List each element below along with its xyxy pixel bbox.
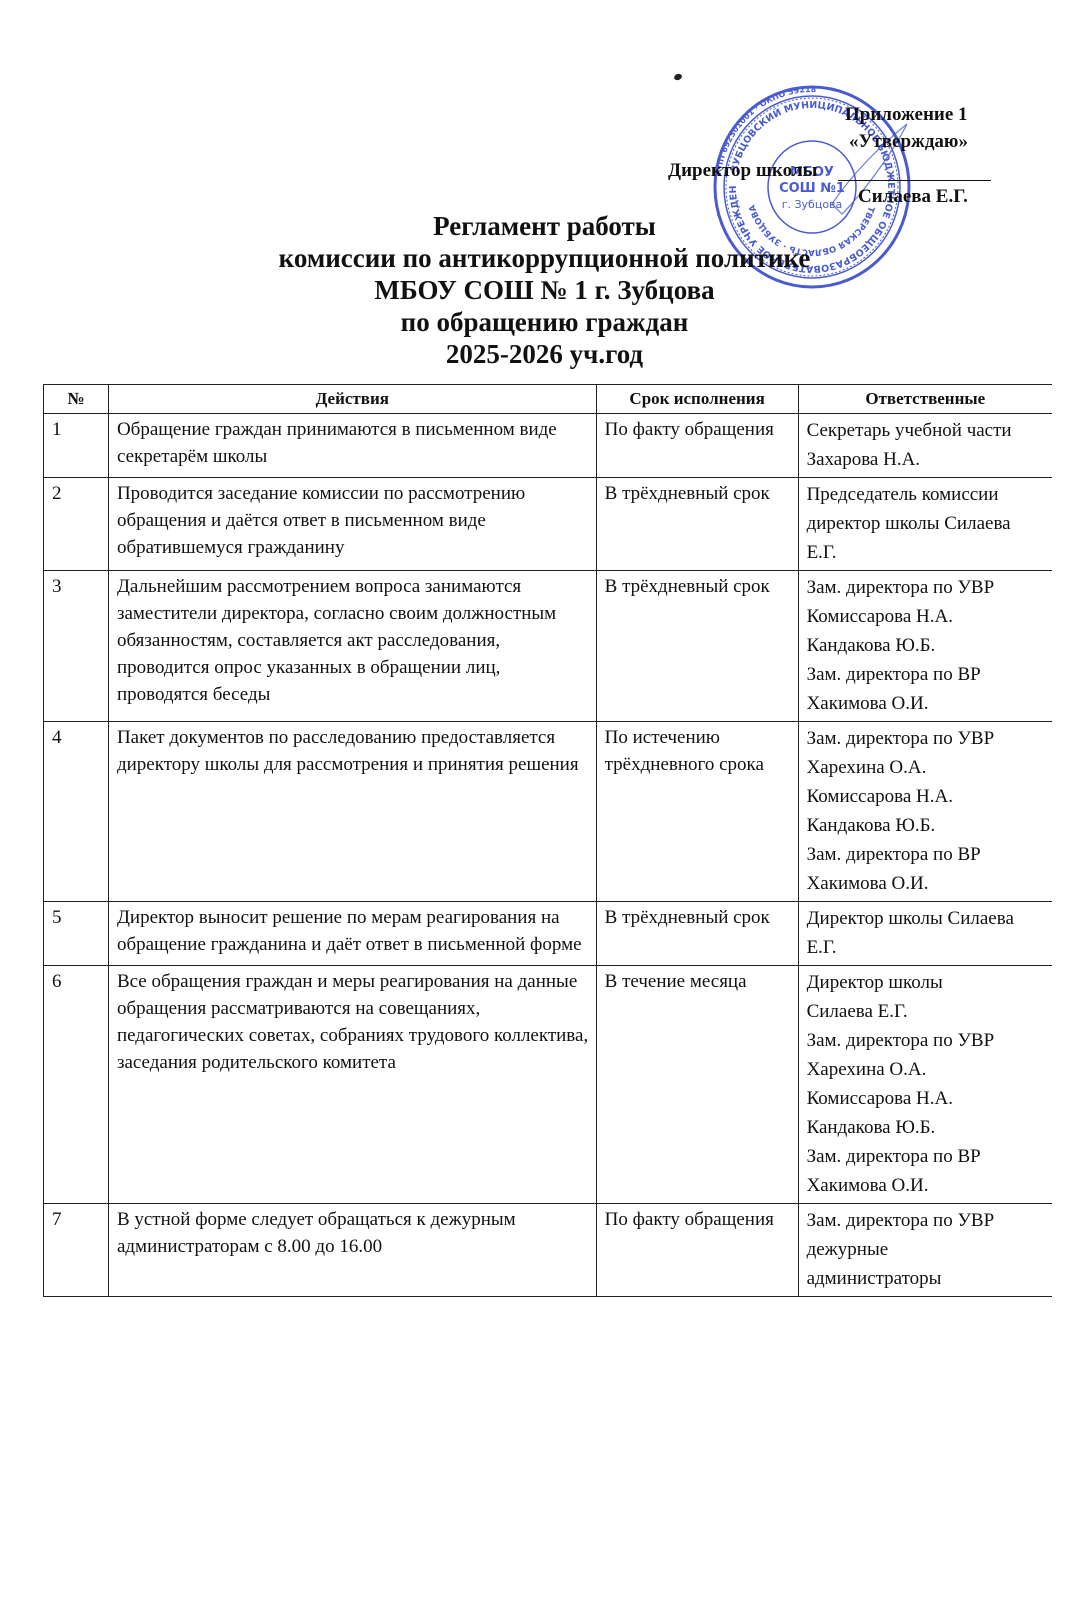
director-name: Силаева Е.Г.	[858, 186, 968, 208]
title-line: комиссии по антикоррупционной политике	[0, 242, 1089, 274]
row-number: 6	[44, 966, 109, 1204]
annex-label: Приложение 1	[845, 104, 968, 126]
table-header-row: № Действия Срок исполнения Ответственные	[44, 385, 1053, 414]
row-action: Обращение граждан принимаются в письменн…	[108, 414, 596, 478]
row-action: Все обращения граждан и меры реагировани…	[108, 966, 596, 1204]
header-deadline: Срок исполнения	[596, 385, 798, 414]
responsible-person: Харехина О.А.	[807, 1055, 1045, 1084]
responsible-person: Комиссарова Н.А.	[807, 782, 1045, 811]
responsible-person: Комиссарова Н.А.	[807, 602, 1045, 631]
row-number: 4	[44, 722, 109, 902]
responsible-person: Кандакова Ю.Б.	[807, 1113, 1045, 1142]
responsible-person: Хакимова О.И.	[807, 1171, 1045, 1200]
responsible-person: Зам. директора по УВР	[807, 1026, 1045, 1055]
table-row: 7В устной форме следует обращаться к деж…	[44, 1204, 1053, 1297]
title-line: по обращению граждан	[0, 306, 1089, 338]
header-responsible: Ответственные	[798, 385, 1052, 414]
table-row: 2Проводится заседание комиссии по рассмо…	[44, 478, 1053, 571]
row-number: 3	[44, 571, 109, 722]
row-number: 1	[44, 414, 109, 478]
row-responsible: Зам. директора по УВРКомиссарова Н.А.Кан…	[798, 571, 1052, 722]
responsible-person: Кандакова Ю.Б.	[807, 811, 1045, 840]
director-label: Директор школы	[668, 160, 817, 182]
row-action: В устной форме следует обращаться к дежу…	[108, 1204, 596, 1297]
row-deadline: В течение месяца	[596, 966, 798, 1204]
header-actions: Действия	[108, 385, 596, 414]
row-responsible: Секретарь учебной части Захарова Н.А.	[798, 414, 1052, 478]
row-action: Проводится заседание комиссии по рассмот…	[108, 478, 596, 571]
responsible-person: Силаева Е.Г.	[807, 997, 1045, 1026]
row-responsible: Председатель комиссии директор школы Сил…	[798, 478, 1052, 571]
responsible-person: Зам. директора по УВР	[807, 573, 1045, 602]
responsible-person: Хакимова О.И.	[807, 869, 1045, 898]
responsible-person: Хакимова О.И.	[807, 689, 1045, 718]
responsible-person: Директор школы Силаева Е.Г.	[807, 904, 1045, 962]
row-number: 7	[44, 1204, 109, 1297]
row-responsible: Директор школыСилаева Е.Г.Зам. директора…	[798, 966, 1052, 1204]
table-row: 3Дальнейшим рассмотрением вопроса занима…	[44, 571, 1053, 722]
header-number: №	[44, 385, 109, 414]
responsible-person: Зам. директора по УВР	[807, 724, 1045, 753]
responsible-person: Комиссарова Н.А.	[807, 1084, 1045, 1113]
responsible-person: Зам. директора по ВР	[807, 1142, 1045, 1171]
row-responsible: Зам. директора по УВРдежурныеадминистрат…	[798, 1204, 1052, 1297]
row-deadline: По истечению трёхдневного срока	[596, 722, 798, 902]
row-action: Директор выносит решение по мерам реагир…	[108, 902, 596, 966]
row-deadline: В трёхдневный срок	[596, 478, 798, 571]
responsible-person: Зам. директора по ВР	[807, 840, 1045, 869]
table-row: 4Пакет документов по расследованию предо…	[44, 722, 1053, 902]
row-deadline: В трёхдневный срок	[596, 902, 798, 966]
responsible-person: Директор школы	[807, 968, 1045, 997]
row-number: 2	[44, 478, 109, 571]
row-deadline: В трёхдневный срок	[596, 571, 798, 722]
responsible-person: дежурные	[807, 1235, 1045, 1264]
title-line: Регламент работы	[0, 210, 1089, 242]
row-number: 5	[44, 902, 109, 966]
row-responsible: Директор школы Силаева Е.Г.	[798, 902, 1052, 966]
ink-speck	[673, 73, 683, 81]
row-responsible: Зам. директора по УВРХарехина О.А.Комисс…	[798, 722, 1052, 902]
svg-text:СОШ №1: СОШ №1	[779, 181, 845, 196]
responsible-person: Зам. директора по УВР	[807, 1206, 1045, 1235]
row-deadline: По факту обращения	[596, 414, 798, 478]
responsible-person: Председатель комиссии директор школы Сил…	[807, 480, 1045, 567]
table-row: 1Обращение граждан принимаются в письмен…	[44, 414, 1053, 478]
responsible-person: Кандакова Ю.Б.	[807, 631, 1045, 660]
approve-label: «Утверждаю»	[849, 131, 968, 153]
signature-line	[838, 180, 991, 181]
regulation-table: № Действия Срок исполнения Ответственные…	[43, 384, 1052, 1297]
table-row: 5Директор выносит решение по мерам реаги…	[44, 902, 1053, 966]
responsible-person: Секретарь учебной части Захарова Н.А.	[807, 416, 1045, 474]
responsible-person: Харехина О.А.	[807, 753, 1045, 782]
title-line: 2025-2026 уч.год	[0, 338, 1089, 370]
responsible-person: Зам. директора по ВР	[807, 660, 1045, 689]
row-action: Дальнейшим рассмотрением вопроса занимаю…	[108, 571, 596, 722]
title-line: МБОУ СОШ № 1 г. Зубцова	[0, 274, 1089, 306]
document-title: Регламент работы комиссии по антикоррупц…	[0, 210, 1089, 370]
row-deadline: По факту обращения	[596, 1204, 798, 1297]
row-action: Пакет документов по расследованию предос…	[108, 722, 596, 902]
table-row: 6Все обращения граждан и меры реагирован…	[44, 966, 1053, 1204]
responsible-person: администраторы	[807, 1264, 1045, 1293]
